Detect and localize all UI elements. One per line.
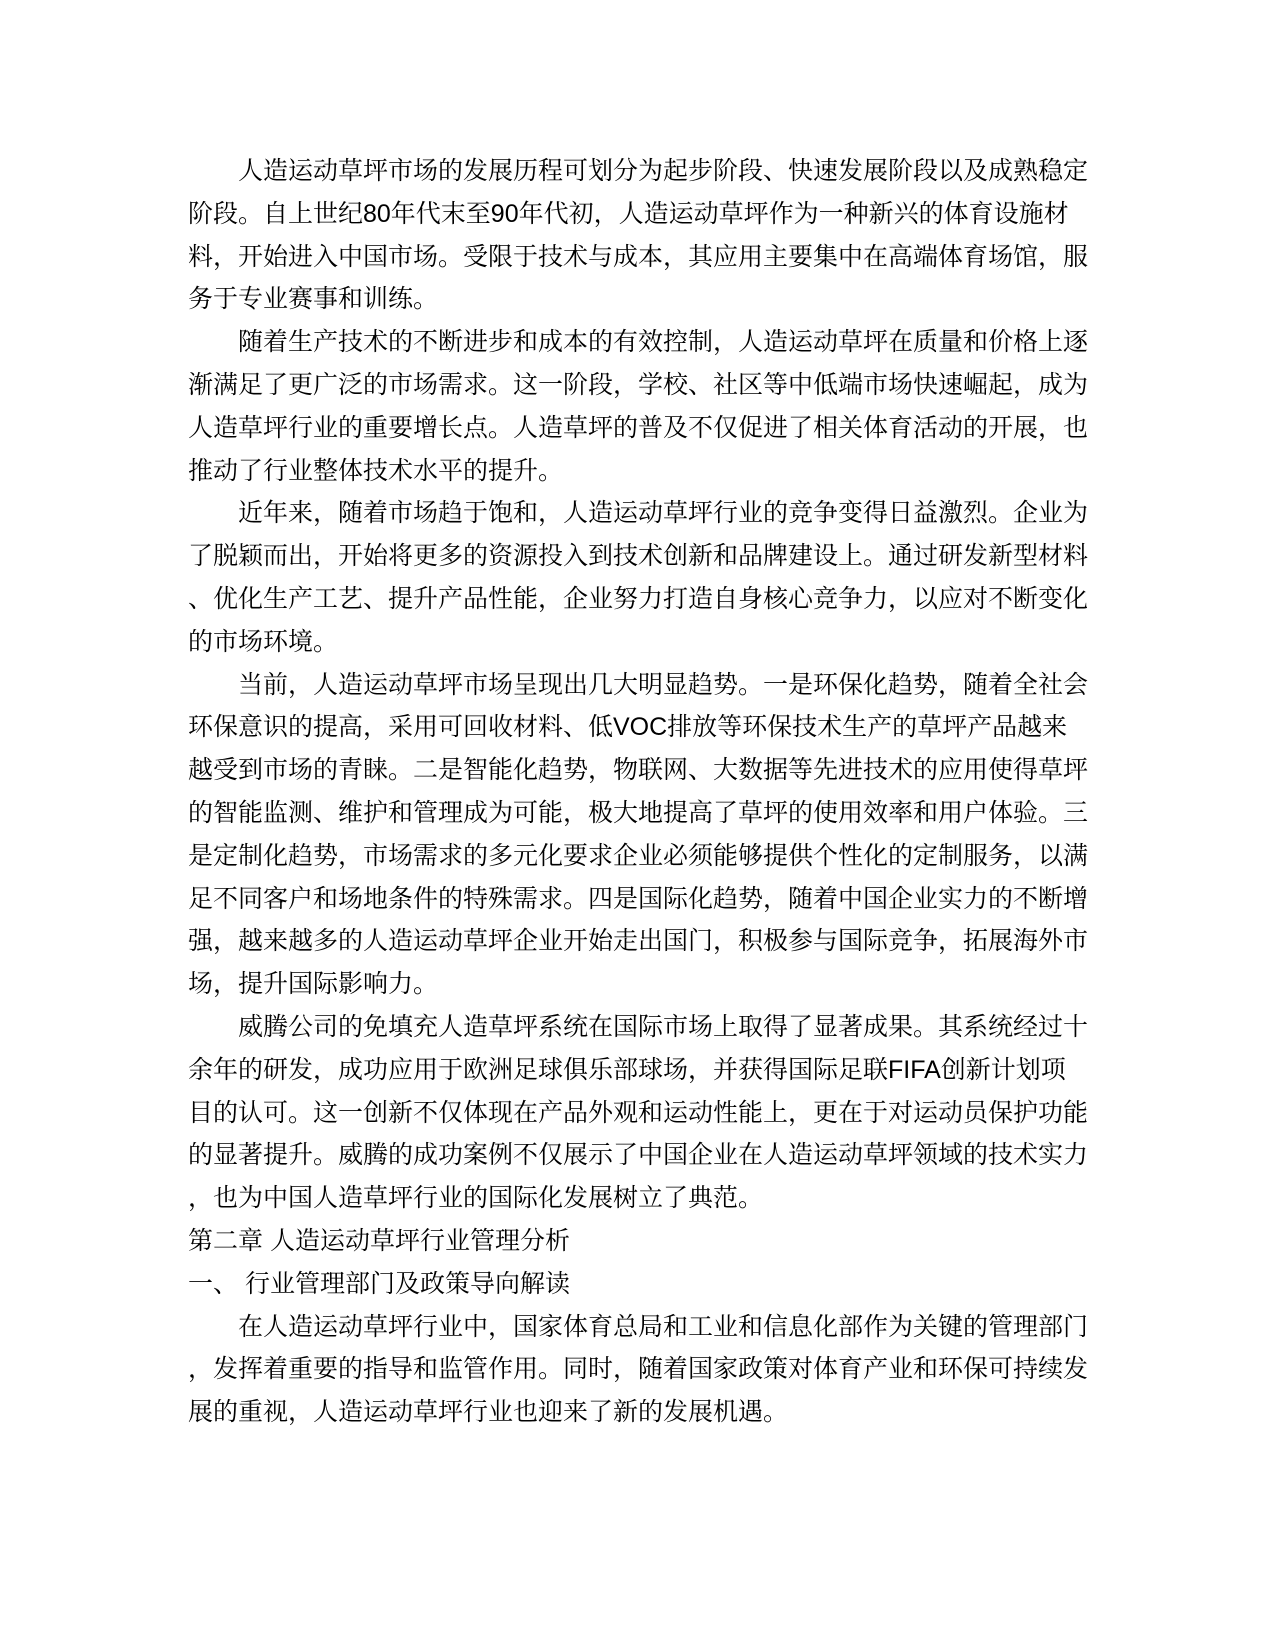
document-body: 人造运动草坪市场的发展历程可划分为起步阶段、快速发展阶段以及成熟稳定阶段。自上世… [188,150,1089,1434]
paragraph-market-trends: 当前，人造运动草坪市场呈现出几大明显趋势。一是环保化趋势，随着全社会环保意识的提… [188,664,1089,1006]
paragraph-regulators-policy: 在人造运动草坪行业中，国家体育总局和工业和信息化部作为关键的管理部门，发挥着重要… [188,1306,1089,1434]
section-1-heading: 一、 行业管理部门及政策导向解读 [188,1263,1089,1306]
paragraph-tech-progress: 随着生产技术的不断进步和成本的有效控制，人造运动草坪在质量和价格上逐渐满足了更广… [188,321,1089,492]
document-page: 人造运动草坪市场的发展历程可划分为起步阶段、快速发展阶段以及成熟稳定阶段。自上世… [0,0,1275,1650]
chapter-2-heading: 第二章 人造运动草坪行业管理分析 [188,1220,1089,1263]
paragraph-weiteng-case: 威腾公司的免填充人造草坪系统在国际市场上取得了显著成果。其系统经过十余年的研发，… [188,1006,1089,1220]
paragraph-competition: 近年来，随着市场趋于饱和，人造运动草坪行业的竞争变得日益激烈。企业为了脱颖而出，… [188,492,1089,663]
paragraph-market-history: 人造运动草坪市场的发展历程可划分为起步阶段、快速发展阶段以及成熟稳定阶段。自上世… [188,150,1089,321]
